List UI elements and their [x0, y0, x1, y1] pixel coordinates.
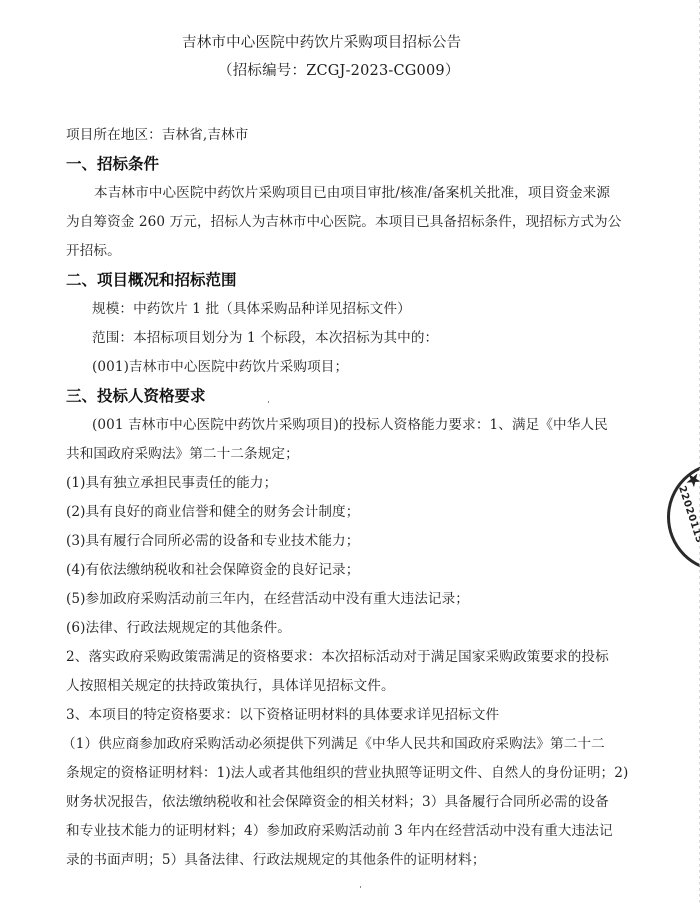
paragraph-line: 财务状况报告，依法缴纳税收和社会保障资金的相关材料；3）具备履行合同所必需的设备 [66, 794, 609, 810]
paragraph-line: (001 吉林市中心医院中药饮片采购项目)的投标人资格能力要求：1、满足《中华人… [92, 417, 608, 433]
scan-speck [360, 886, 361, 888]
document-title: 吉林市中心医院中药饮片采购项目招标公告 [182, 34, 461, 52]
paragraph-line: 3、本项目的特定资格要求：以下资格证明材料的具体要求详见招标文件 [66, 707, 499, 723]
document-page: 吉林市中心医院中药饮片采购项目招标公告 （招标编号：ZCGJ-2023-CG00… [0, 0, 700, 905]
section-heading-bidding-conditions: 一、招标条件 [66, 155, 159, 173]
paragraph-line: 条规定的资格证明材料：1)法人或者其他组织的营业执照等证明文件、自然人的身份证明… [66, 765, 628, 781]
paragraph-line: 人按照相关规定的扶持政策执行，具体详见招标文件。 [66, 678, 395, 694]
scan-speck [268, 401, 269, 403]
tender-number: （招标编号：ZCGJ-2023-CG009） [218, 62, 460, 80]
list-item: (2)具有良好的商业信誉和健全的财务会计制度； [66, 504, 359, 520]
paragraph-line: (001)吉林市中心医院中药饮片采购项目； [92, 359, 348, 375]
list-item: (1)具有独立承担民事责任的能力； [66, 475, 277, 491]
project-region: 项目所在地区：吉林省,吉林市 [66, 127, 248, 143]
list-item: (5)参加政府采购活动前三年内，在经营活动中没有重大违法记录； [66, 591, 469, 607]
section-heading-project-overview: 二、项目概况和招标范围 [66, 271, 237, 289]
list-item: (4)有依法缴纳税收和社会保障资金的良好记录； [66, 562, 359, 578]
section-heading-bidder-qualifications: 三、投标人资格要求 [66, 387, 206, 405]
paragraph-line: 2、落实政府采购政策需满足的资格要求：本次招标活动对于满足国家采购政策要求的投标 [66, 649, 609, 665]
paragraph-line: 本吉林市中心医院中药饮片采购项目已由项目审批/核准/备案机关批准，项目资金来源 [94, 185, 610, 201]
paragraph-line: 为自筹资金 260 万元，招标人为吉林市中心医院。本项目已具备招标条件，现招标方… [66, 214, 621, 230]
paragraph-line: 范围：本招标项目划分为 1 个标段，本次招标为其中的： [92, 330, 438, 346]
list-item: (3)具有履行合同所必需的设备和专业技术能力； [66, 533, 359, 549]
list-item: (6)法律、行政法规规定的其他条件。 [66, 620, 291, 636]
paragraph-line: 录的书面声明；5）具备法律、行政法规规定的其他条件的证明材料； [66, 852, 486, 868]
paragraph-line: 和专业技术能力的证明材料；4）参加政府采购活动前 3 年内在经营活动中没有重大违… [66, 823, 613, 839]
paragraph-line: （1）供应商参加政府采购活动必须提供下列满足《中华人民共和国政府采购法》第二十二 [62, 736, 605, 752]
paragraph-line: 规模：中药饮片 1 批（具体采购品种详见招标文件） [92, 301, 411, 317]
paragraph-line: 共和国政府采购法》第二十二条规定； [66, 446, 299, 462]
paragraph-line: 开招标。 [66, 243, 121, 259]
